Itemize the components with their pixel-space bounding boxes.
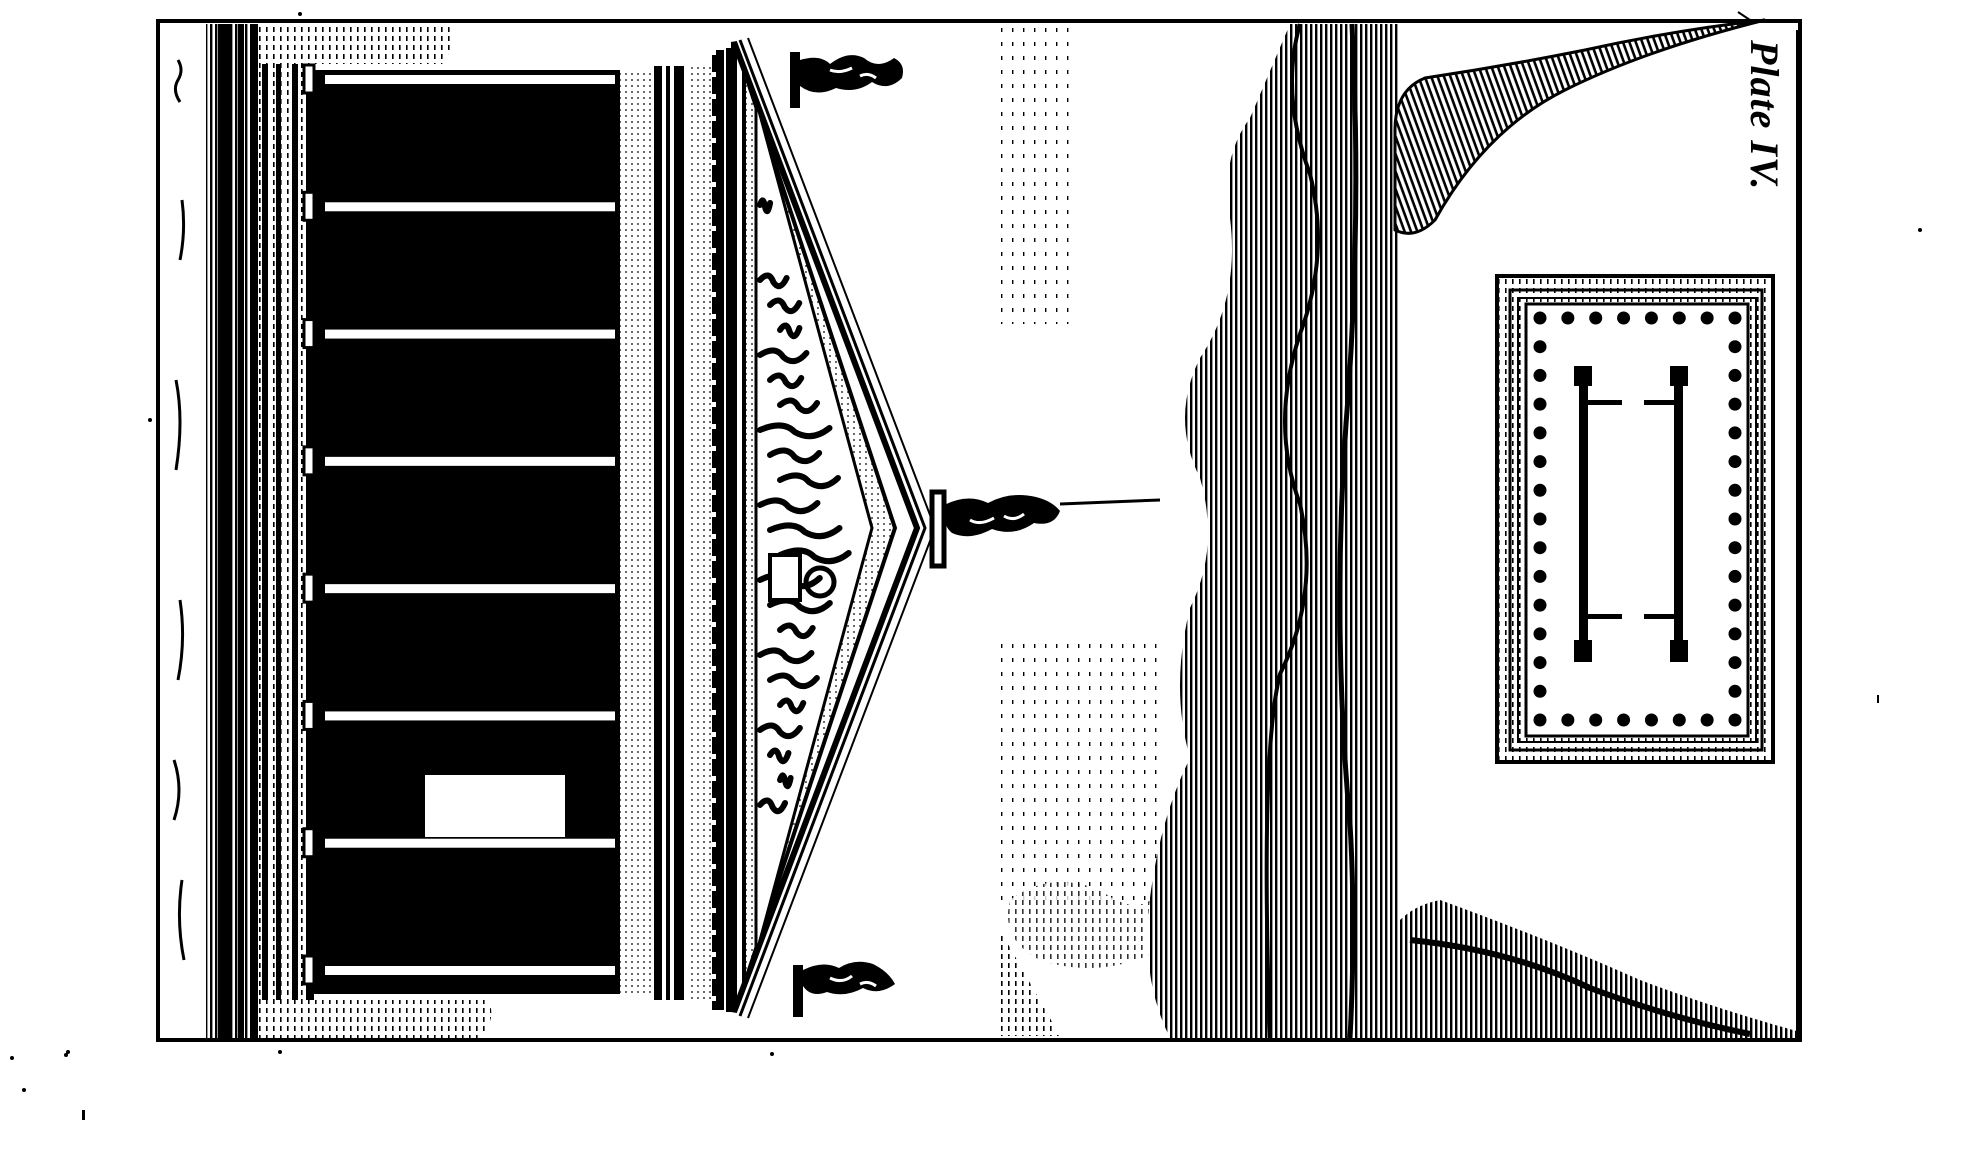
plan-column-dot: [1561, 312, 1574, 325]
hillside: [1148, 24, 1401, 1038]
plan-column-dot: [1589, 714, 1602, 727]
plan-column-dot: [1534, 656, 1547, 669]
plan-column-dot: [1729, 513, 1742, 526]
plan-column-dot: [1729, 627, 1742, 640]
plan-column-dot: [1729, 570, 1742, 583]
plan-column-dot: [1729, 312, 1742, 325]
colonnade: [304, 65, 654, 994]
plan-column-dot: [1729, 599, 1742, 612]
plan-column-dot: [1534, 398, 1547, 411]
plan-column-dot: [1729, 426, 1742, 439]
plan-column-dot: [1534, 340, 1547, 353]
plan-column-dot: [1673, 714, 1686, 727]
plan-column-dot: [1729, 455, 1742, 468]
column: [325, 330, 615, 339]
column: [325, 75, 615, 84]
ground-strip: [160, 24, 258, 1038]
column: [325, 584, 615, 593]
plan-column-dot: [1729, 656, 1742, 669]
plan-column-dot: [1534, 312, 1547, 325]
plan-column-dot: [1645, 714, 1658, 727]
column: [325, 711, 615, 720]
left-acroterion-statue: [790, 52, 903, 108]
plan-column-dot: [1534, 541, 1547, 554]
plan-column-dot: [1534, 570, 1547, 583]
plan-column-dot: [1729, 369, 1742, 382]
plan-column-dot: [1673, 312, 1686, 325]
plan-column-dot: [1729, 340, 1742, 353]
plan-column-dot: [1561, 714, 1574, 727]
column: [325, 839, 615, 848]
plan-column-dot: [1645, 312, 1658, 325]
ground-plan: [1497, 276, 1773, 762]
plate-label: Plate IV.: [1741, 40, 1788, 191]
plan-column-dot: [1534, 599, 1547, 612]
plan-column-dot: [1617, 312, 1630, 325]
plan-column-dot: [1701, 312, 1714, 325]
plan-column-dot: [1534, 426, 1547, 439]
apex-acroterion-statue: [932, 492, 1160, 566]
plan-column-dot: [1534, 513, 1547, 526]
plan-column-dot: [1729, 714, 1742, 727]
plan-column-dot: [1534, 685, 1547, 698]
entablature: [654, 48, 732, 1012]
plan-column-dot: [1617, 714, 1630, 727]
plan-column-dot: [1534, 369, 1547, 382]
engraving-plate: [0, 0, 1970, 1167]
plan-column-dot: [1534, 627, 1547, 640]
pediment: [734, 38, 935, 1018]
cella-doorway: [425, 775, 565, 837]
plan-column-dot: [1729, 541, 1742, 554]
plan-column-dot: [1534, 714, 1547, 727]
column: [325, 966, 615, 975]
sky-hatching: [1000, 24, 1170, 1036]
plan-column-dot: [1534, 455, 1547, 468]
lower-cliff: [1380, 900, 1800, 1038]
right-acroterion-statue: [793, 962, 895, 1017]
plan-column-dot: [1729, 484, 1742, 497]
plan-column-dot: [1701, 714, 1714, 727]
column: [325, 457, 615, 466]
plan-column-dot: [1589, 312, 1602, 325]
upper-cliff: [1395, 20, 1765, 233]
plan-column-dot: [1534, 484, 1547, 497]
column: [325, 202, 615, 211]
plan-column-dot: [1729, 685, 1742, 698]
plan-column-dot: [1729, 398, 1742, 411]
